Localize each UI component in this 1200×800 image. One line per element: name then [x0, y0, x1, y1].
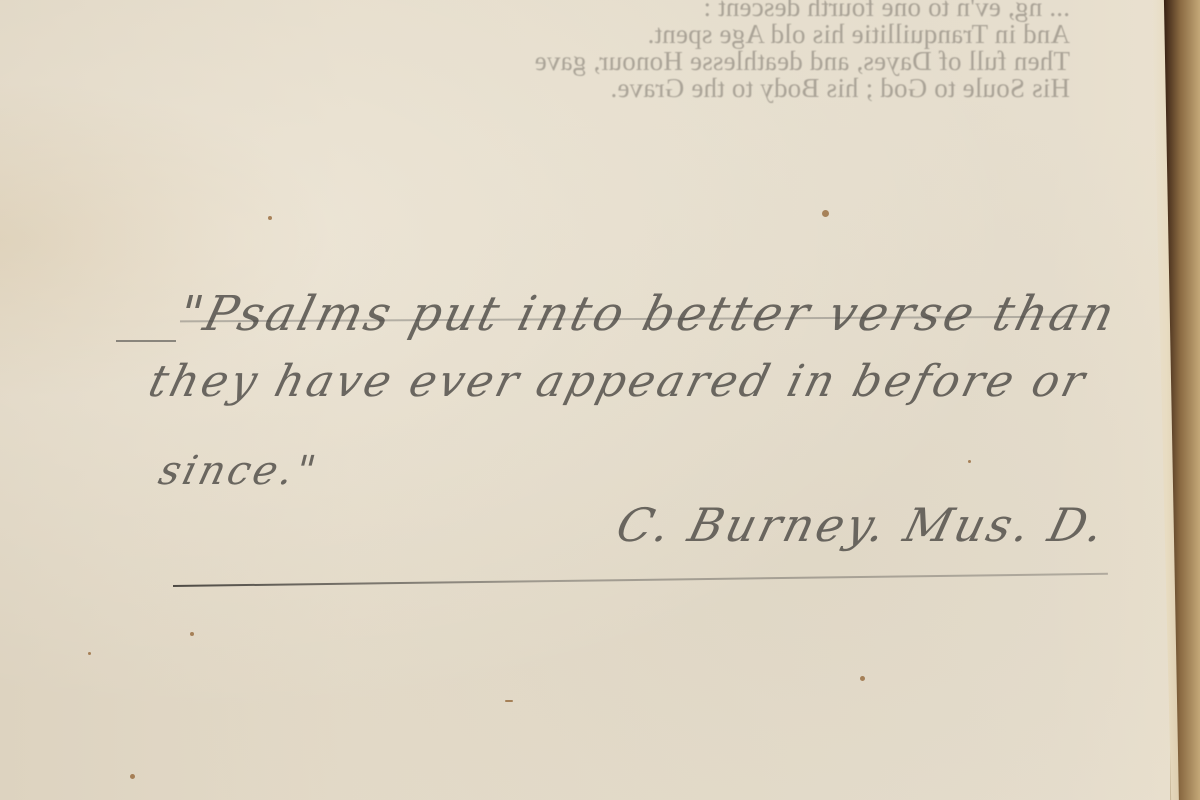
printed-text-show-through: ... ng, ev'n to one fourth descent : And…	[310, 0, 1070, 102]
show-through-line: Then full of Dayes, and deathlesse Honou…	[310, 48, 1070, 75]
foxing-speck	[88, 652, 91, 655]
handwritten-line-2: they have ever appeared in before or	[144, 356, 1093, 407]
foxing-speck	[968, 460, 971, 463]
handwritten-line-3: since."	[154, 448, 323, 494]
paper-fiber	[505, 700, 513, 702]
handwritten-signature: C. Burney. Mus. D.	[611, 498, 1112, 552]
show-through-line: ... ng, ev'n to one fourth descent :	[310, 0, 1070, 21]
foxing-speck	[268, 216, 272, 220]
book-page-photo: ... ng, ev'n to one fourth descent : And…	[0, 0, 1200, 800]
paper-page: ... ng, ev'n to one fourth descent : And…	[0, 0, 1170, 800]
show-through-line: And in Tranquillitie his old Age spent.	[310, 21, 1070, 48]
pencil-rule-line	[173, 573, 1108, 587]
foxing-speck	[190, 632, 194, 636]
handwritten-line-1: "Psalms put into better verse than	[173, 286, 1123, 342]
foxing-speck	[822, 210, 829, 217]
foxing-speck	[130, 774, 135, 779]
pencil-dash	[116, 340, 176, 342]
foxing-speck	[860, 676, 865, 681]
show-through-line: His Soule to God ; his Body to the Grave…	[310, 75, 1070, 102]
